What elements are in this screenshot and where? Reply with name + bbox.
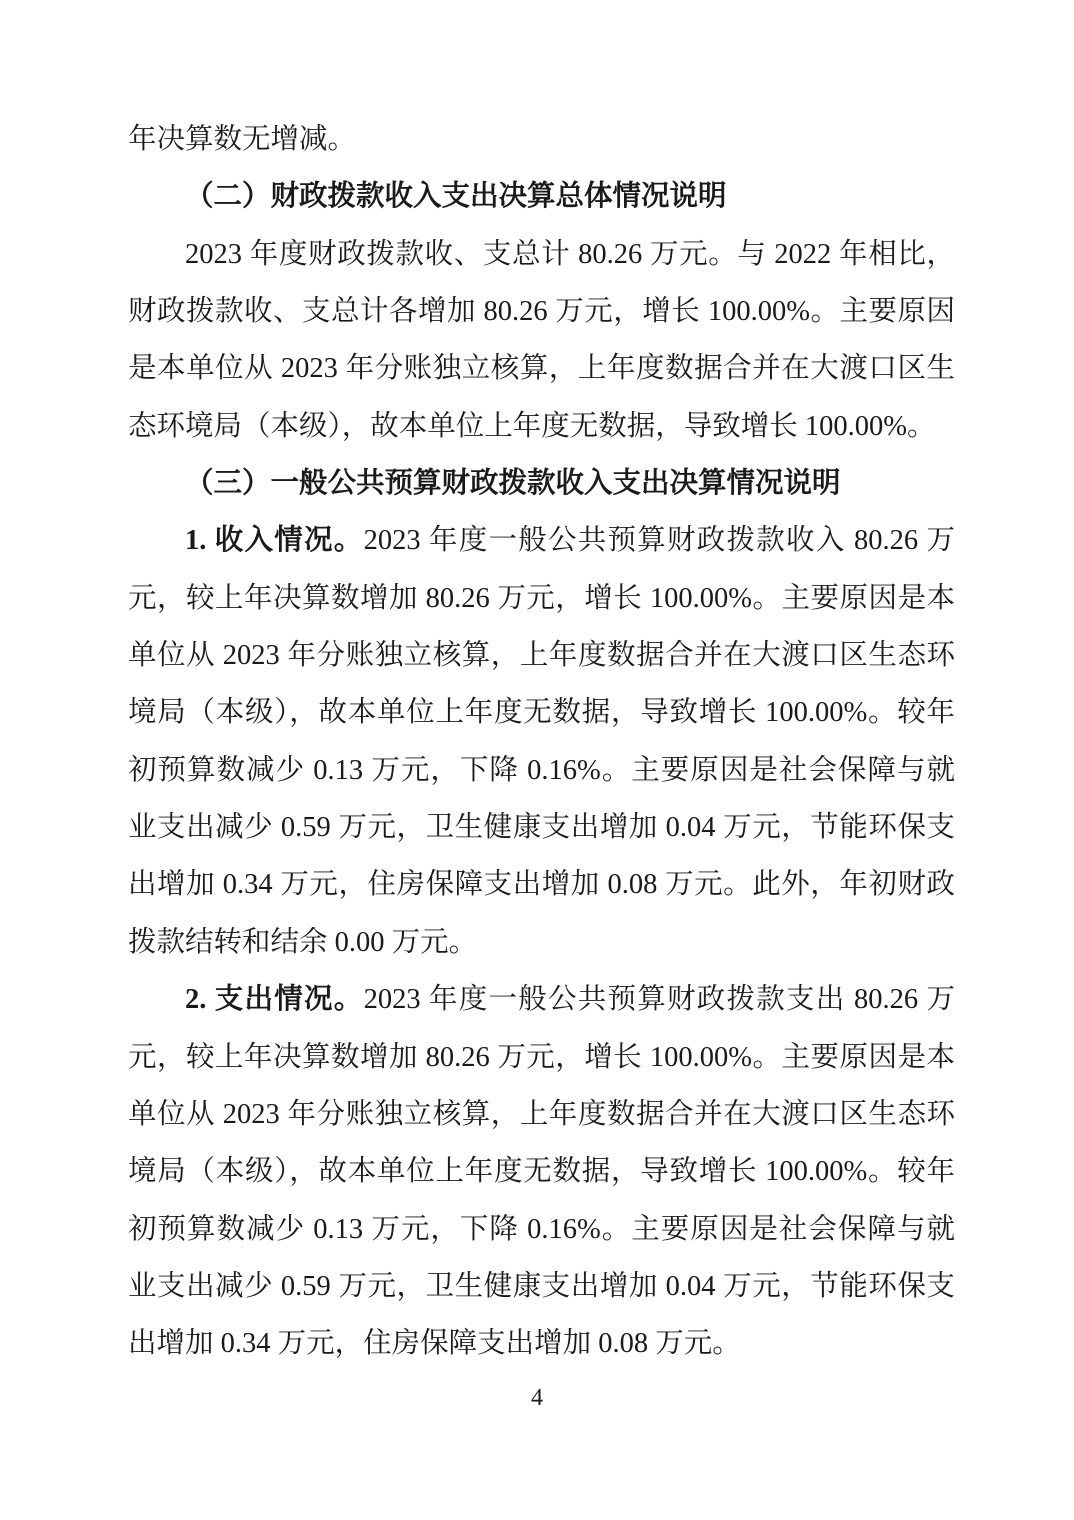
bold-run: （三）一般公共预算财政拨款收入支出决算情况说明 [185,468,841,499]
bold-run: （二）财政拨款收入支出决算总体情况说明 [185,181,727,212]
text-run: 初预算数减少 0.13 万元，下降 0.16%。主要原因是社会保障与就 [128,755,955,786]
text-line: 财政拨款收、支总计各增加 80.26 万元，增长 100.00%。主要原因 [128,283,955,340]
text-line: 单位从 2023 年分账独立核算，上年度数据合并在大渡口区生态环 [128,627,955,684]
text-line: 境局（本级），故本单位上年度无数据，导致增长 100.00%。较年 [128,684,955,741]
document-body: 年决算数无增减。（二）财政拨款收入支出决算总体情况说明2023 年度财政拨款收、… [128,111,955,1373]
text-line: 出增加 0.34 万元，住房保障支出增加 0.08 万元。此外，年初财政 [128,856,955,913]
text-run: 业支出减少 0.59 万元，卫生健康支出增加 0.04 万元，节能环保支 [128,812,955,843]
text-line: 业支出减少 0.59 万元，卫生健康支出增加 0.04 万元，节能环保支 [128,1258,955,1315]
text-run: 态环境局（本级），故本单位上年度无数据，导致增长 100.00%。 [128,411,936,442]
text-line: 2023 年度财政拨款收、支总计 80.26 万元。与 2022 年相比， [128,226,955,283]
text-run: 是本单位从 2023 年分账独立核算，上年度数据合并在大渡口区生 [128,353,955,384]
text-line: 出增加 0.34 万元，住房保障支出增加 0.08 万元。 [128,1315,955,1372]
text-run: 境局（本级），故本单位上年度无数据，导致增长 100.00%。较年 [128,697,955,728]
section-heading: （二）财政拨款收入支出决算总体情况说明 [128,168,955,225]
text-line: 态环境局（本级），故本单位上年度无数据，导致增长 100.00%。 [128,398,955,455]
text-run: 2023 年度财政拨款收、支总计 80.26 万元。与 2022 年相比， [185,239,955,270]
text-run: 2023 年度一般公共预算财政拨款收入 80.26 万 [364,525,955,556]
paragraph: 2023 年度财政拨款收、支总计 80.26 万元。与 2022 年相比，财政拨… [128,226,955,455]
text-run: 年决算数无增减。 [128,124,356,155]
text-run: 单位从 2023 年分账独立核算，上年度数据合并在大渡口区生态环 [128,640,955,671]
section-heading: （三）一般公共预算财政拨款收入支出决算情况说明 [128,455,955,512]
text-run: 元，较上年决算数增加 80.26 万元，增长 100.00%。主要原因是本 [128,583,955,614]
text-line: 是本单位从 2023 年分账独立核算，上年度数据合并在大渡口区生 [128,340,955,397]
text-line: 初预算数减少 0.13 万元，下降 0.16%。主要原因是社会保障与就 [128,742,955,799]
text-line: 单位从 2023 年分账独立核算，上年度数据合并在大渡口区生态环 [128,1086,955,1143]
text-line: 2. 支出情况。2023 年度一般公共预算财政拨款支出 80.26 万 [128,971,955,1028]
text-line: 拨款结转和结余 0.00 万元。 [128,914,955,971]
document-page: 年决算数无增减。（二）财政拨款收入支出决算总体情况说明2023 年度财政拨款收、… [0,0,1074,1520]
text-run: 2023 年度一般公共预算财政拨款支出 80.26 万 [364,984,955,1015]
paragraph: 年决算数无增减。 [128,111,955,168]
heading-line: （三）一般公共预算财政拨款收入支出决算情况说明 [128,455,955,512]
text-run: 拨款结转和结余 0.00 万元。 [128,927,477,958]
text-run: 出增加 0.34 万元，住房保障支出增加 0.08 万元。此外，年初财政 [128,869,955,900]
text-run: 出增加 0.34 万元，住房保障支出增加 0.08 万元。 [128,1328,741,1359]
text-line: 业支出减少 0.59 万元，卫生健康支出增加 0.04 万元，节能环保支 [128,799,955,856]
text-line: 年决算数无增减。 [128,111,955,168]
bold-run: 2. 支出情况。 [185,984,364,1015]
text-run: 境局（本级），故本单位上年度无数据，导致增长 100.00%。较年 [128,1156,955,1187]
text-run: 初预算数减少 0.13 万元，下降 0.16%。主要原因是社会保障与就 [128,1214,955,1245]
text-line: 元，较上年决算数增加 80.26 万元，增长 100.00%。主要原因是本 [128,1029,955,1086]
text-line: 境局（本级），故本单位上年度无数据，导致增长 100.00%。较年 [128,1143,955,1200]
text-line: 初预算数减少 0.13 万元，下降 0.16%。主要原因是社会保障与就 [128,1201,955,1258]
text-line: 1. 收入情况。2023 年度一般公共预算财政拨款收入 80.26 万 [128,512,955,569]
heading-line: （二）财政拨款收入支出决算总体情况说明 [128,168,955,225]
bold-run: 1. 收入情况。 [185,525,364,556]
text-run: 元，较上年决算数增加 80.26 万元，增长 100.00%。主要原因是本 [128,1042,955,1073]
page-number: 4 [0,1383,1074,1413]
text-line: 元，较上年决算数增加 80.26 万元，增长 100.00%。主要原因是本 [128,570,955,627]
paragraph: 2. 支出情况。2023 年度一般公共预算财政拨款支出 80.26 万元，较上年… [128,971,955,1372]
paragraph: 1. 收入情况。2023 年度一般公共预算财政拨款收入 80.26 万元，较上年… [128,512,955,971]
text-run: 单位从 2023 年分账独立核算，上年度数据合并在大渡口区生态环 [128,1099,955,1130]
text-run: 财政拨款收、支总计各增加 80.26 万元，增长 100.00%。主要原因 [128,296,955,327]
text-run: 业支出减少 0.59 万元，卫生健康支出增加 0.04 万元，节能环保支 [128,1271,955,1302]
